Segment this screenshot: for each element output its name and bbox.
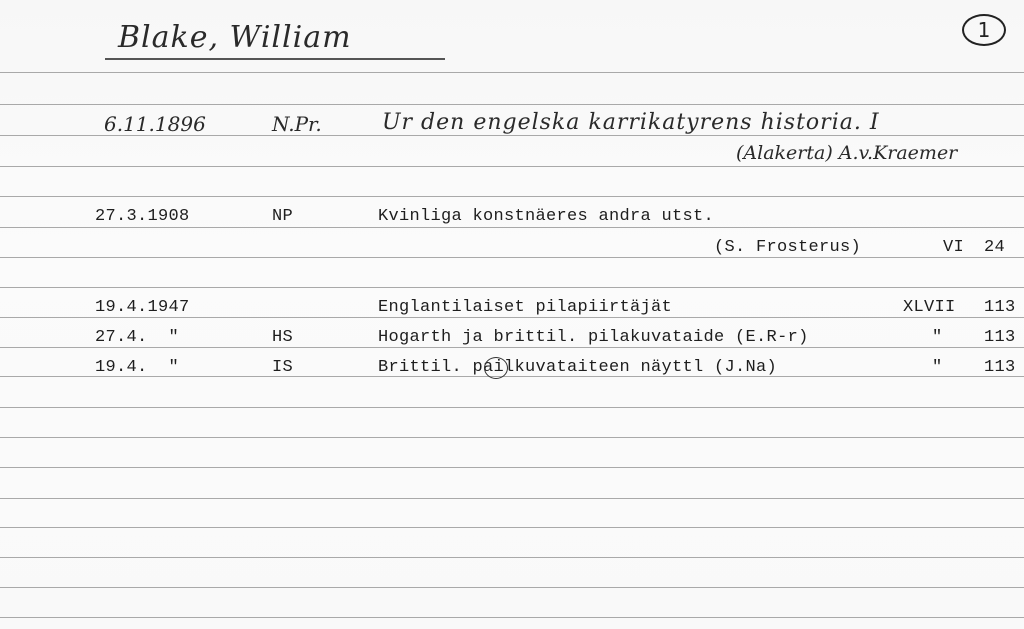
entry-title: Ur den engelska karrikatyrens historia. … bbox=[382, 110, 880, 135]
entry-source: IS bbox=[272, 358, 293, 377]
entry-date: 19.4.1947 bbox=[95, 298, 190, 317]
index-card: Blake, William 1 6.11.1896 N.Pr. Ur den … bbox=[0, 0, 1024, 629]
entry-title: Hogarth ja brittil. pilakuvataide (E.R-r… bbox=[378, 328, 809, 347]
ruled-line bbox=[0, 104, 1024, 105]
entry-date: 27.4. " bbox=[95, 328, 179, 347]
card-heading: Blake, William bbox=[118, 20, 352, 55]
entry-source: HS bbox=[272, 328, 293, 347]
heading-underline bbox=[105, 58, 445, 60]
correction-circle-mark bbox=[484, 357, 508, 379]
entry-page: 113 bbox=[984, 298, 1016, 317]
ruled-line bbox=[0, 617, 1024, 618]
ruled-line bbox=[0, 557, 1024, 558]
entry-date: 27.3.1908 bbox=[95, 207, 190, 226]
entry-source: N.Pr. bbox=[272, 112, 322, 136]
ruled-line bbox=[0, 166, 1024, 167]
entry-title: Englantilaiset pilapiirtäjät bbox=[378, 298, 672, 317]
ruled-line bbox=[0, 527, 1024, 528]
ruled-line bbox=[0, 498, 1024, 499]
entry-page: 113 bbox=[984, 358, 1016, 377]
ruled-line bbox=[0, 196, 1024, 197]
entry-date: 6.11.1896 bbox=[104, 112, 206, 136]
entry-subline: (Alakerta) A.v.Kraemer bbox=[736, 142, 957, 164]
ruled-line bbox=[0, 257, 1024, 258]
ruled-line bbox=[0, 407, 1024, 408]
ruled-line bbox=[0, 467, 1024, 468]
ruled-line bbox=[0, 287, 1024, 288]
entry-page: 113 bbox=[984, 328, 1016, 347]
entry-subline: (S. Frosterus) bbox=[714, 238, 861, 257]
ruled-line bbox=[0, 587, 1024, 588]
ruled-line bbox=[0, 437, 1024, 438]
ruled-line bbox=[0, 347, 1024, 348]
card-number-badge: 1 bbox=[962, 14, 1006, 46]
entry-date: 19.4. " bbox=[95, 358, 179, 377]
entry-volume: VI bbox=[943, 238, 964, 257]
entry-page: 24 bbox=[984, 238, 1005, 257]
ruled-line bbox=[0, 72, 1024, 73]
entry-volume: " bbox=[932, 358, 943, 377]
entry-volume: XLVII bbox=[903, 298, 956, 317]
ruled-line bbox=[0, 227, 1024, 228]
entry-volume: " bbox=[932, 328, 943, 347]
entry-title: Kvinliga konstnäeres andra utst. bbox=[378, 207, 714, 226]
entry-title: Brittil. pailkuvataiteen näyttl (J.Na) bbox=[378, 358, 777, 377]
ruled-line bbox=[0, 317, 1024, 318]
entry-source: NP bbox=[272, 207, 293, 226]
